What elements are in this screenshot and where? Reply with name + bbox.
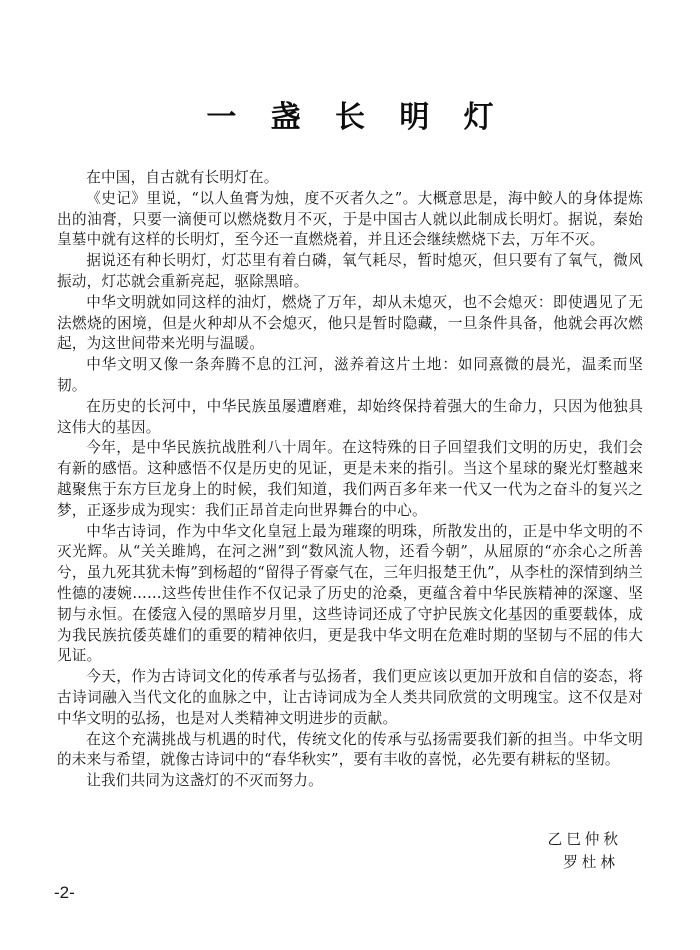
paragraph: 让我们共同为这盏灯的不灭而努力。 (57, 771, 643, 792)
page-title: 一 盏 长 明 灯 (57, 0, 643, 137)
paragraph: 在历史的长河中，中华民族虽屡遭磨难，却始终保持着强大的生命力，只因为他独具这伟大… (57, 397, 643, 439)
essay-body: 在中国，自古就有长明灯在。 《史记》里说，“以人鱼膏为烛，度不灭者久之”。大概意… (57, 168, 643, 792)
signature-author: 罗杜林 (57, 851, 622, 874)
paragraph: 今天，作为古诗词文化的传承者与弘扬者，我们更应该以更加开放和自信的姿态，将古诗词… (57, 667, 643, 729)
paragraph: 《史记》里说，“以人鱼膏为烛，度不灭者久之”。大概意思是，海中鲛人的身体提炼出的… (57, 189, 643, 251)
paragraph: 中华文明又像一条奔腾不息的江河，滋养着这片土地：如同熹微的晨光，温柔而坚韧。 (57, 355, 643, 397)
paragraph: 中华文明就如同这样的油灯，燃烧了万年，却从未熄灭，也不会熄灭：即使遇见了无法燃烧… (57, 293, 643, 355)
signature-date: 乙巳仲秋 (57, 828, 622, 851)
document-page: 一 盏 长 明 灯 在中国，自古就有长明灯在。 《史记》里说，“以人鱼膏为烛，度… (0, 0, 700, 950)
page-number: -2- (54, 883, 75, 903)
page-content: 一 盏 长 明 灯 在中国，自古就有长明灯在。 《史记》里说，“以人鱼膏为烛，度… (0, 0, 700, 874)
paragraph: 今年，是中华民族抗战胜利八十周年。在这特殊的日子回望我们文明的历史，我们会有新的… (57, 438, 643, 521)
signature-block: 乙巳仲秋 罗杜林 (57, 828, 643, 874)
paragraph: 据说还有种长明灯，灯芯里有着白磷，氧气耗尽，暂时熄灭，但只要有了氧气，微风振动，… (57, 251, 643, 293)
paragraph: 在这个充满挑战与机遇的时代，传统文化的传承与弘扬需要我们新的担当。中华文明的未来… (57, 730, 643, 772)
paragraph: 在中国，自古就有长明灯在。 (57, 168, 643, 189)
paragraph: 中华古诗词，作为中华文化皇冠上最为璀璨的明珠，所散发出的，正是中华文明的不灭光辉… (57, 522, 643, 668)
